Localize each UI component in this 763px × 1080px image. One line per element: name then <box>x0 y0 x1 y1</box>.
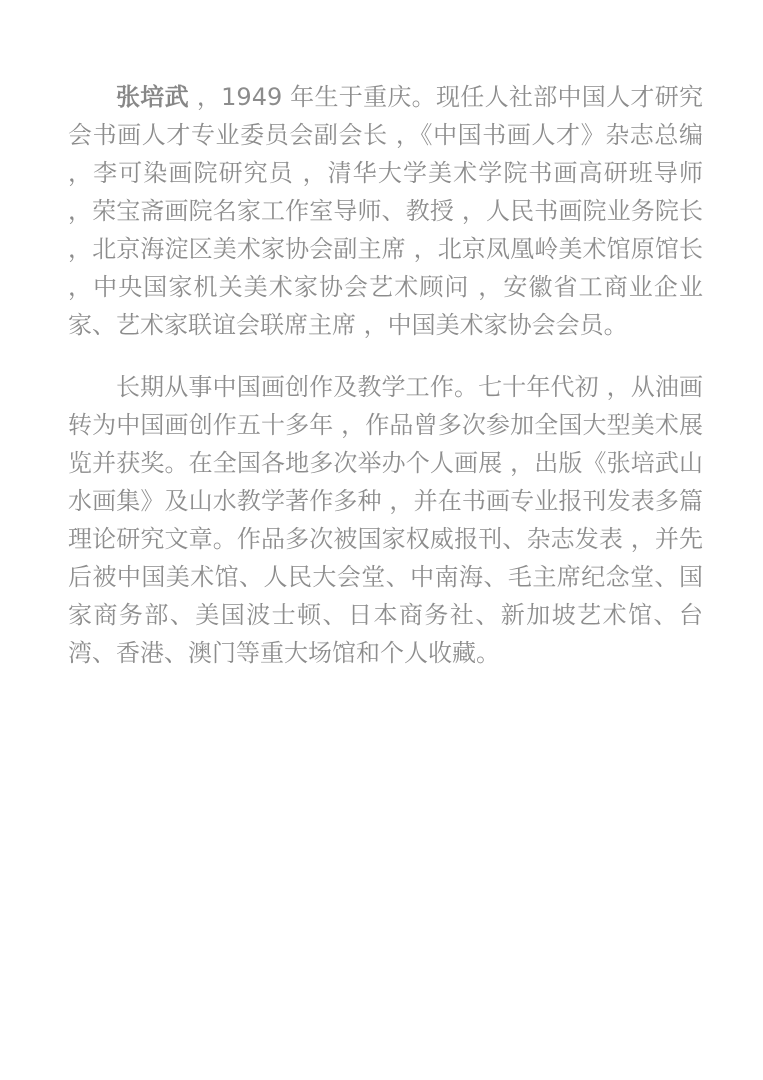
artist-name: 张培武 <box>116 83 189 111</box>
bio-paragraph-1-text: ，1949 年生于重庆。现任人社部中国人才研究会书画人才专业委员会副会长 ，《中… <box>68 83 703 339</box>
bio-paragraph-2-text: 长期从事中国画创作及教学工作。七十年代初 ，从油画转为中国画创作五十多年 ，作品… <box>68 373 703 667</box>
bio-paragraph-2: 长期从事中国画创作及教学工作。七十年代初 ，从油画转为中国画创作五十多年 ，作品… <box>68 368 703 672</box>
document-page: 张培武 ，1949 年生于重庆。现任人社部中国人才研究会书画人才专业委员会副会长… <box>0 0 763 1080</box>
document-body: { "page": { "background_color": "#ffffff… <box>0 0 763 1080</box>
bio-paragraph-1: 张培武 ，1949 年生于重庆。现任人社部中国人才研究会书画人才专业委员会副会长… <box>68 78 703 344</box>
